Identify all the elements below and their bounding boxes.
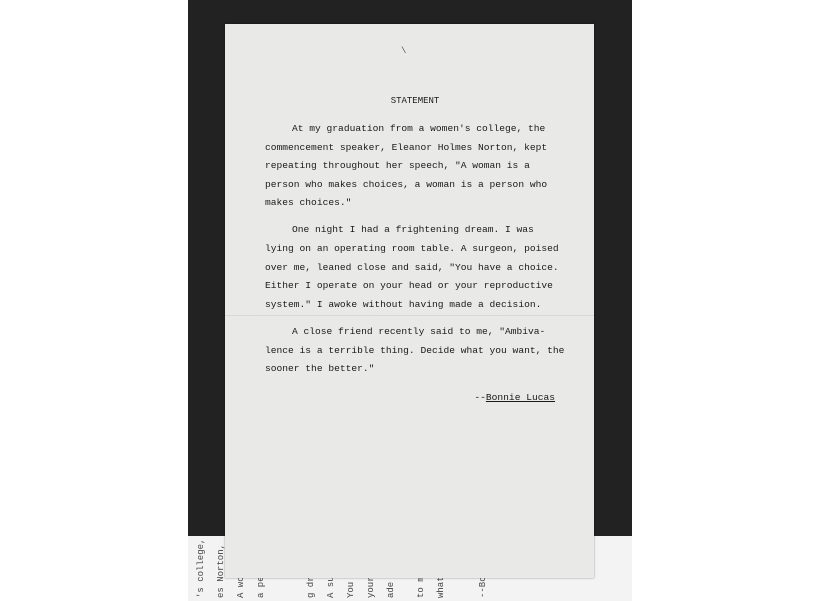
signature-name: Bonnie Lucas [486,392,555,403]
margin-mark: \ [401,46,406,56]
signature: --Bonnie Lucas [265,392,565,403]
paragraph: One night I had a frightening dream. I w… [265,221,565,314]
signature-prefix: -- [474,392,486,403]
paragraph: At my graduation from a women's college,… [265,120,565,213]
typed-page: \ STATEMENT At my graduation from a wome… [225,24,594,578]
fragment: --Bo [478,576,488,598]
fragment: 's college, [196,539,206,598]
page-title: STATEMENT [265,96,565,106]
paragraph: A close friend recently said to me, "Amb… [265,323,565,379]
document-body: STATEMENT At my graduation from a women'… [265,96,565,403]
